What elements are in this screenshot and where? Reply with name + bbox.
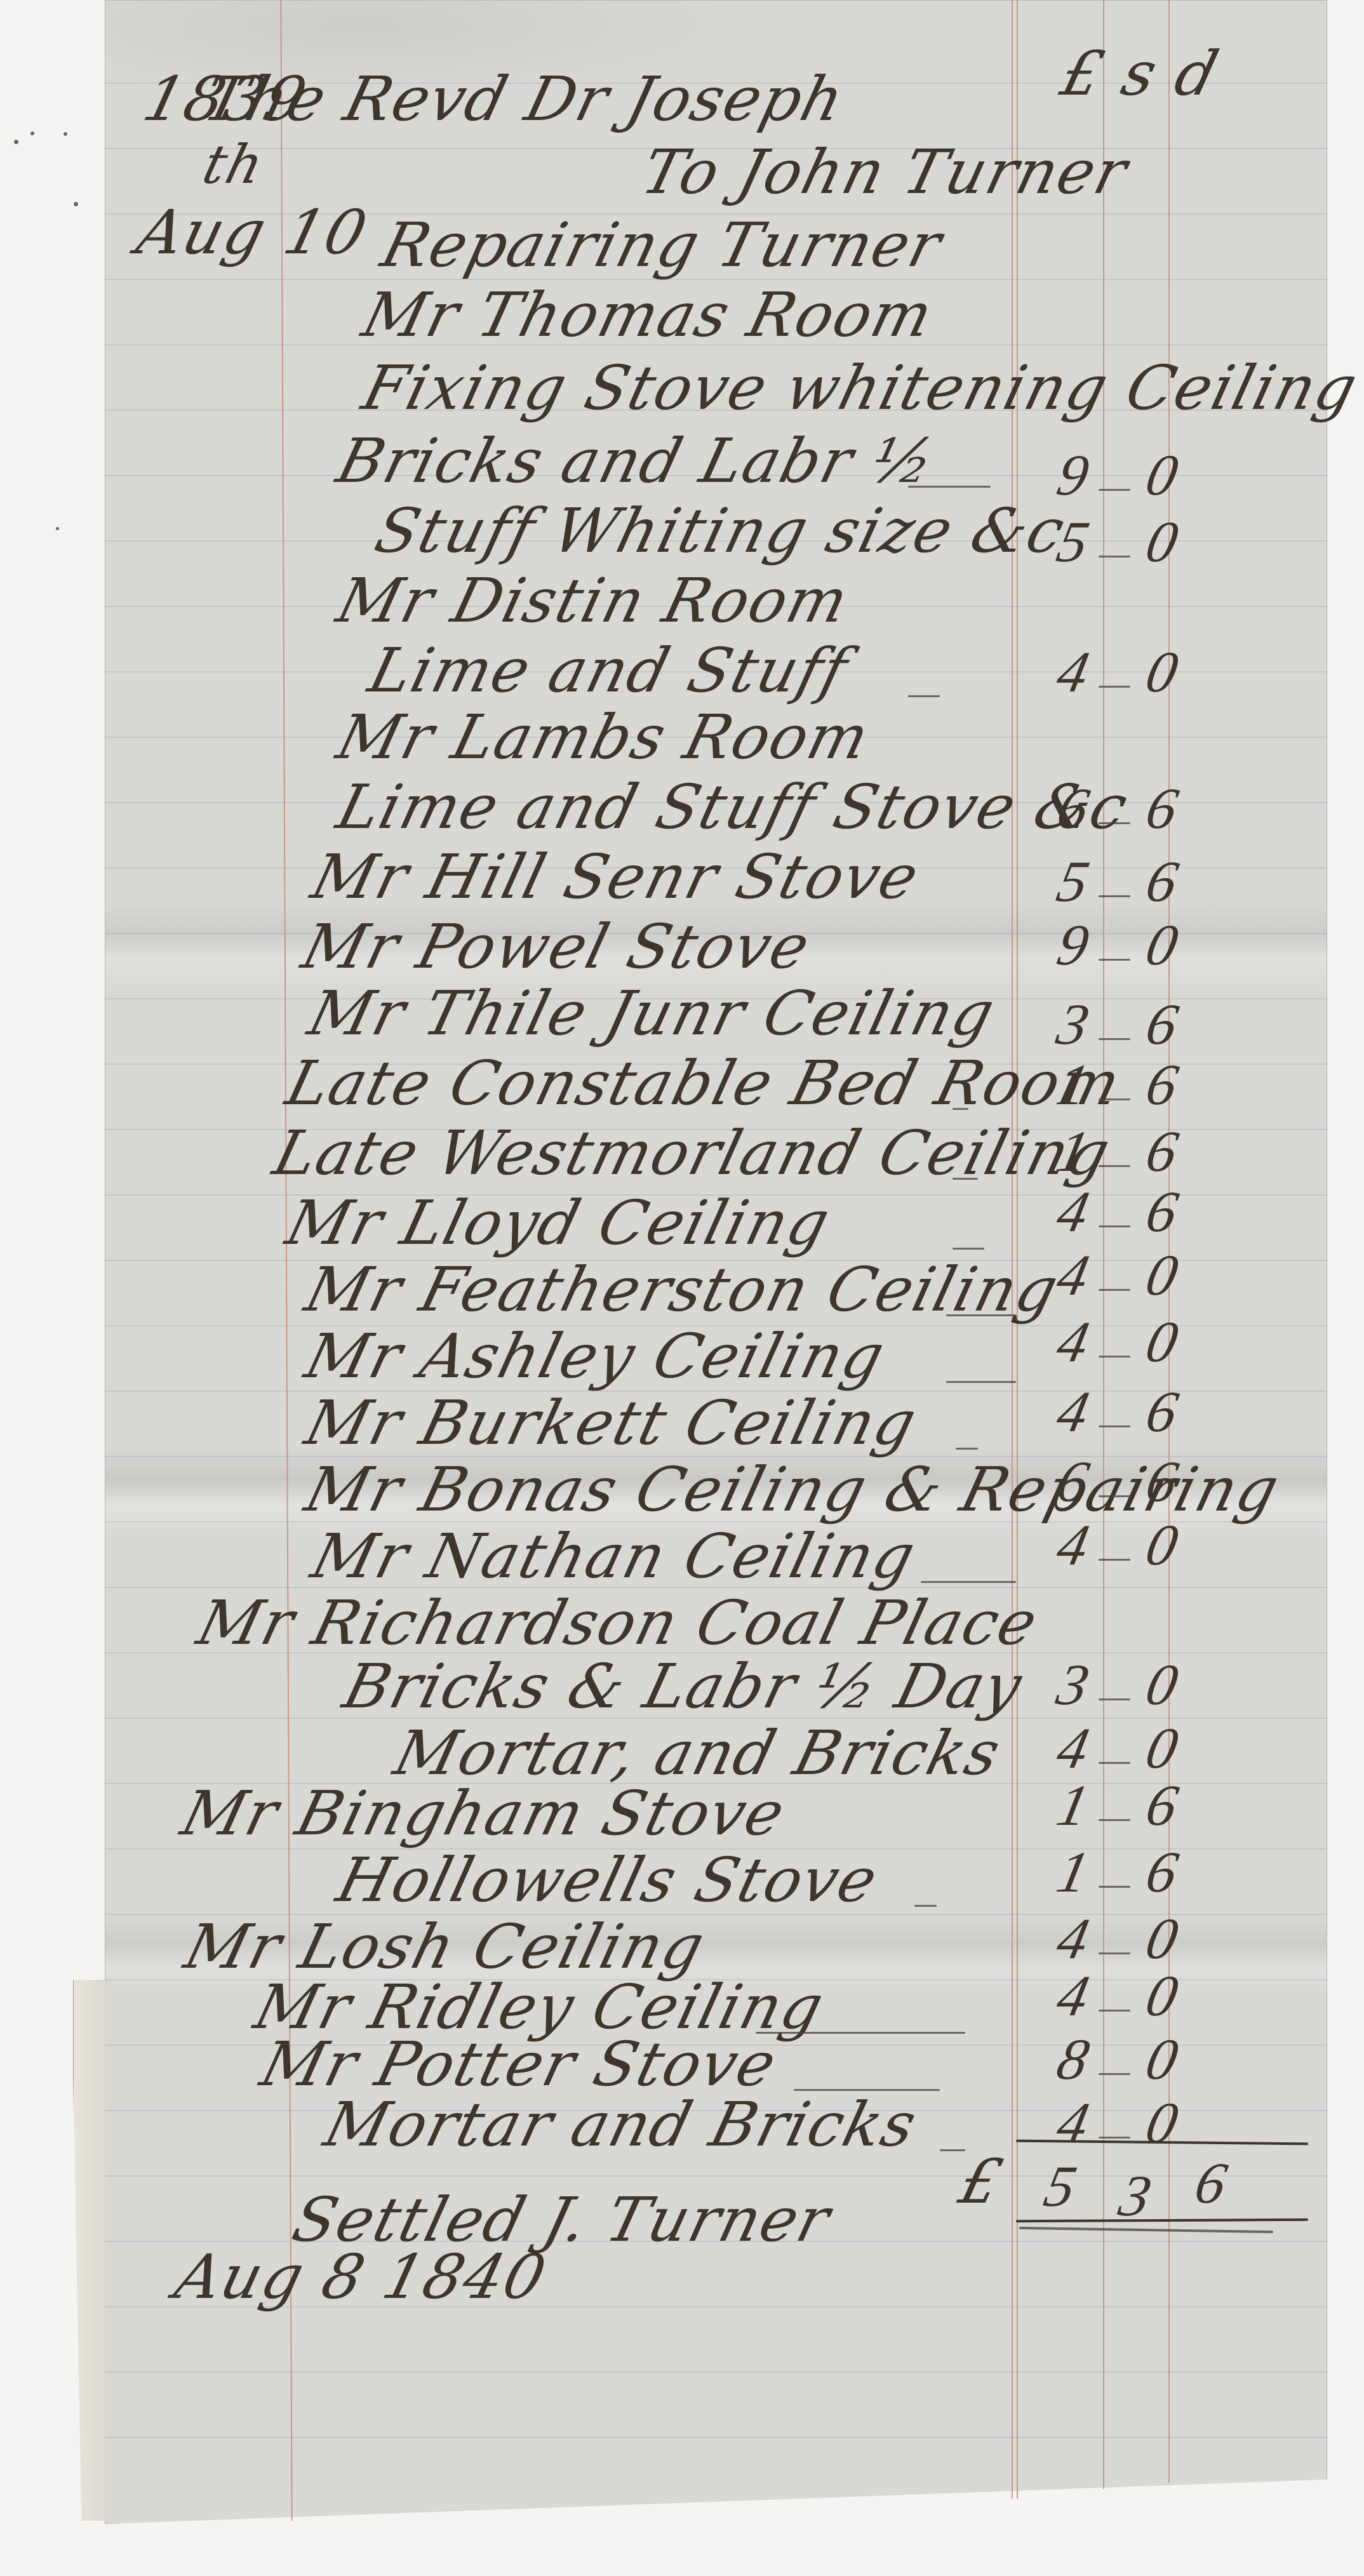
leader-dash bbox=[946, 1314, 1016, 1316]
leader-dash bbox=[940, 2149, 965, 2151]
entry-description: Mortar and Bricks bbox=[318, 2089, 925, 2160]
heading-creditor: To John Turner bbox=[635, 137, 1135, 208]
amount-pence: 6 bbox=[1120, 1772, 1205, 1839]
amount-pence: 0 bbox=[1120, 638, 1205, 705]
amount-pence: 0 bbox=[1120, 1511, 1205, 1578]
leader-dash bbox=[908, 486, 991, 488]
leader-dash bbox=[953, 1178, 978, 1180]
amount-pence: 6 bbox=[1120, 848, 1205, 915]
leader-dash bbox=[946, 1381, 1016, 1383]
entry-description: Mr Ashley Ceiling bbox=[298, 1321, 892, 1392]
entry-description: Mr Lloyd Ceiling bbox=[279, 1187, 838, 1258]
entry-description: Mr Richardson Coal Place bbox=[191, 1587, 1045, 1658]
entry-description: Mr Nathan Ceiling bbox=[305, 1521, 923, 1592]
entry-description: Mr Thile Junr Ceiling bbox=[302, 978, 1002, 1049]
amount-pence: 6 bbox=[1120, 775, 1205, 842]
amount-pence: 6 bbox=[1120, 991, 1205, 1058]
settled-date: Aug 8 1840 bbox=[168, 2241, 554, 2312]
entry-description: Mr Burkett Ceiling bbox=[298, 1387, 924, 1458]
entry-description: Mr Lambs Room bbox=[330, 702, 877, 773]
total-pounds: 5 bbox=[1009, 2152, 1113, 2220]
entry-description: Late Westmorland Ceiling bbox=[267, 1118, 1118, 1189]
entry-description: Mr Bingham Stove bbox=[175, 1778, 792, 1849]
entry-description: Hollowells Stove bbox=[330, 1845, 885, 1916]
leader-dash bbox=[756, 2032, 965, 2034]
total-pence: 6 bbox=[1163, 2149, 1260, 2217]
entry-description: Mr Hill Senr Stove bbox=[305, 841, 926, 912]
amount-pence: 6 bbox=[1120, 1051, 1205, 1118]
leader-dash bbox=[921, 1581, 1016, 1583]
entry-description: Lime and Stuff bbox=[362, 635, 855, 706]
amount-pence: 0 bbox=[1120, 2025, 1205, 2093]
amount-pence: 0 bbox=[1120, 1962, 1205, 2029]
leader-dash bbox=[914, 1905, 937, 1907]
entry-description: Bricks & Labr ½ Day bbox=[337, 1651, 1030, 1722]
entry-description: Late Constable Bed Room bbox=[279, 1048, 1128, 1119]
scan-speck bbox=[56, 527, 59, 530]
amount-pence: 6 bbox=[1120, 1178, 1205, 1245]
amount-pence: 0 bbox=[1120, 508, 1205, 575]
amount-pence: 6 bbox=[1120, 1448, 1205, 1515]
amount-pence: 0 bbox=[1120, 2089, 1205, 2156]
leader-dash bbox=[953, 1108, 968, 1110]
entry-description: Mr Thomas Room bbox=[356, 279, 940, 350]
ruled-line bbox=[105, 2437, 1327, 2438]
scan-speck bbox=[74, 202, 78, 206]
amount-pence: 0 bbox=[1120, 911, 1205, 978]
leader-dash bbox=[956, 1448, 978, 1450]
entry-description: Mr Distin Room bbox=[330, 565, 856, 636]
scan-speck bbox=[14, 140, 18, 144]
amount-pence: 6 bbox=[1120, 1838, 1205, 1905]
entry-description: Fixing Stove whitening Ceiling bbox=[356, 352, 1364, 424]
entry-description: Stuff Whiting size &c bbox=[368, 495, 1073, 566]
amount-pence: 0 bbox=[1120, 1241, 1205, 1309]
scan-speck bbox=[64, 132, 67, 136]
entry-description: Repairing Turner bbox=[375, 210, 949, 281]
amount-pence: 0 bbox=[1120, 441, 1205, 509]
leader-dash bbox=[908, 695, 940, 697]
folded-paper-flap bbox=[73, 1980, 112, 2521]
amount-pence: 0 bbox=[1120, 1308, 1205, 1375]
scan-speck bbox=[30, 131, 34, 135]
entry-description: Bricks and Labr ½ bbox=[330, 425, 942, 497]
amount-pence: 6 bbox=[1120, 1118, 1205, 1185]
heading-debtor: The Revd Dr Joseph bbox=[197, 63, 852, 135]
entry-date: Aug 10 bbox=[130, 197, 375, 268]
ruled-line bbox=[105, 2372, 1327, 2373]
leader-dash bbox=[953, 1248, 984, 1250]
amount-pence: 0 bbox=[1120, 1651, 1205, 1718]
entry-description: Mr Powel Stove bbox=[295, 911, 818, 982]
entry-description: Lime and Stuff Stove &c bbox=[330, 771, 1135, 843]
currency-header: £ s d bbox=[1054, 38, 1226, 109]
amount-pence: 6 bbox=[1120, 1378, 1205, 1445]
